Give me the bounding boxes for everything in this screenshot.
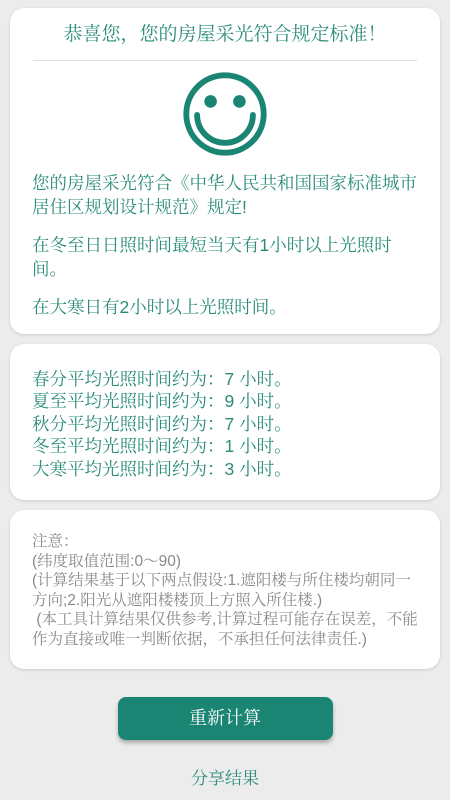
sunlight-line-autumn-equinox: 秋分平均光照时间约为：7 小时。: [32, 413, 418, 436]
sunlight-hours-card: 春分平均光照时间约为：7 小时。 夏至平均光照时间约为：9 小时。 秋分平均光照…: [10, 344, 440, 501]
divider: [33, 60, 417, 61]
sunlight-line-summer-solstice: 夏至平均光照时间约为：9 小时。: [32, 390, 418, 413]
notes-card: 注意： (纬度取值范围:0～90) (计算结果基于以下两点假设:1.遮阳楼与所住…: [10, 510, 440, 669]
sunlight-line-winter-solstice: 冬至平均光照时间约为：1 小时。: [32, 435, 418, 458]
share-results-link[interactable]: 分享结果: [191, 764, 259, 789]
result-paragraphs: 您的房屋采光符合《中华人民共和国国家标准城市居住区规划设计规范》规定! 在冬至日…: [10, 159, 440, 320]
notes-disclaimer: (本工具计算结果仅供参考,计算过程可能存在误差，不能作为直接或唯一判断依据，不承…: [32, 610, 418, 649]
share-row: 分享结果: [0, 764, 450, 789]
smiley-face-icon: [10, 69, 440, 159]
notes-assumptions: (计算结果基于以下两点假设:1.遮阳楼与所住楼均朝同一方向;2.阳光从遮阳楼楼顶…: [32, 571, 418, 610]
sunlight-line-spring-equinox: 春分平均光照时间约为：7 小时。: [32, 368, 418, 391]
result-paragraph-winter-solstice: 在冬至日日照时间最短当天有1小时以上光照时间。: [32, 234, 418, 281]
result-paragraph-great-cold: 在大寒日有2小时以上光照时间。: [32, 296, 418, 320]
result-title: 恭喜您，您的房屋采光符合规定标准！: [10, 8, 440, 48]
notes-latitude-range: (纬度取值范围:0～90): [32, 552, 418, 572]
result-paragraph-regulation: 您的房屋采光符合《中华人民共和国国家标准城市居住区规划设计规范》规定!: [32, 172, 418, 219]
recalculate-button[interactable]: 重新计算: [118, 697, 333, 740]
sunlight-line-great-cold: 大寒平均光照时间约为：3 小时。: [32, 458, 418, 481]
result-card: 恭喜您，您的房屋采光符合规定标准！ 您的房屋采光符合《中华人民共和国国家标准城市…: [10, 8, 440, 334]
button-row: 重新计算: [0, 697, 450, 740]
notes-heading: 注意：: [32, 532, 418, 552]
